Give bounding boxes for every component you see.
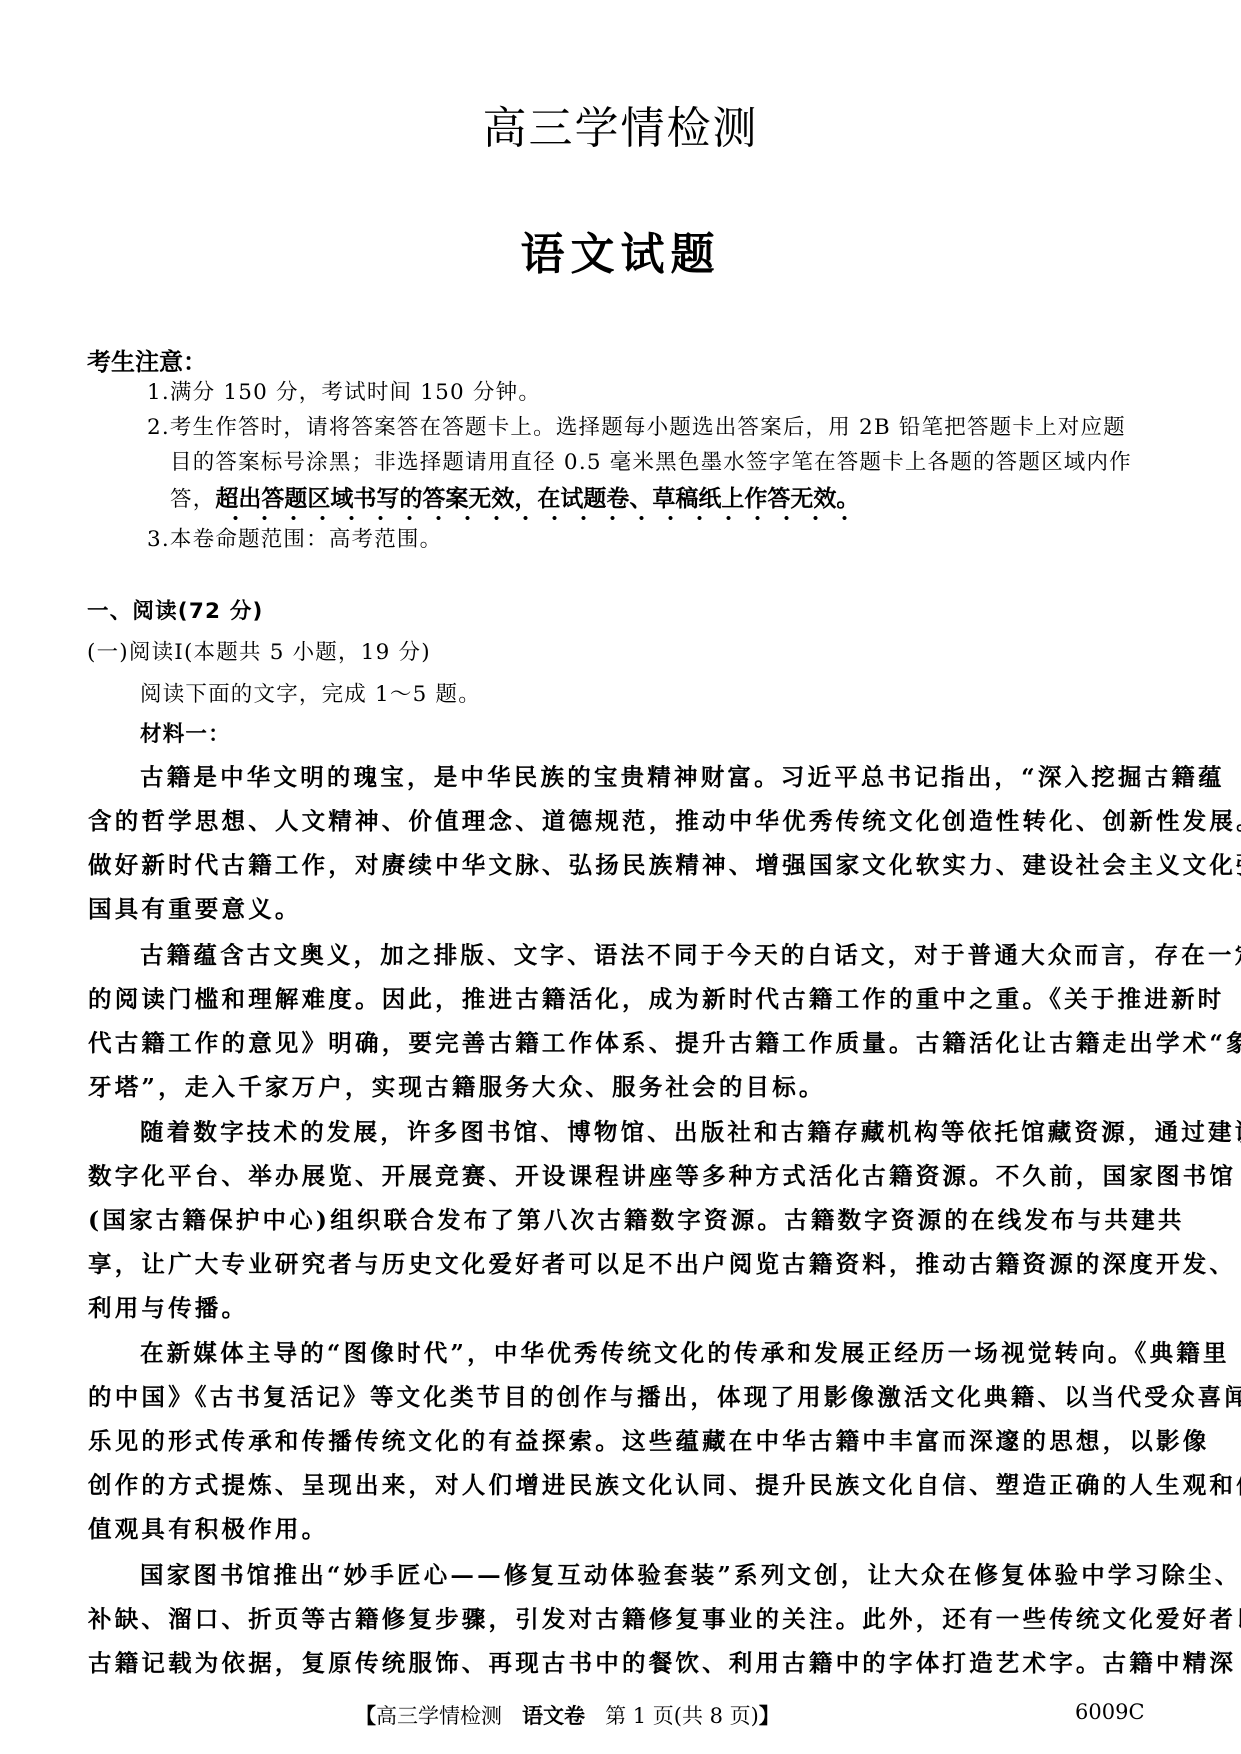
notice-item-2-line-3: 答，超出答题区域书写的答案无效，在试题卷、草稿纸上作答无效。 (170, 484, 859, 515)
passage-line: 做好新时代古籍工作，对赓续中华文脉、弘扬民族精神、增强国家文化软实力、建设社会主… (88, 850, 1153, 880)
exam-title: 高三学情检测 (0, 92, 1241, 156)
passage-line: 的阅读门槛和理解难度。因此，推进古籍活化，成为新时代古籍工作的重中之重。《关于推… (88, 984, 1153, 1014)
passage-line: 古籍是中华文明的瑰宝，是中华民族的宝贵精神财富。习近平总书记指出，“深入挖掘古籍… (140, 762, 1205, 792)
notice-item-2-prefix: 答， (170, 487, 215, 512)
notice-item-3: 3.本卷命题范围：高考范围。 (147, 525, 442, 555)
footer-bracket-open: 【 (355, 1704, 376, 1728)
passage-line: 国具有重要意义。 (88, 894, 1153, 924)
passage-line: 乐见的形式传承和传播传统文化的有益探索。这些蕴藏在中华古籍中丰富而深邃的思想，以… (88, 1426, 1153, 1456)
footer-exam-name: 高三学情检测 (376, 1704, 502, 1728)
footer-bracket-close: 】 (759, 1704, 780, 1728)
passage-line: 在新媒体主导的“图像时代”，中华优秀传统文化的传承和发展正经历一场视觉转向。《典… (140, 1338, 1205, 1368)
passage-line: 古籍记载为依据，复原传统服饰、再现古书中的餐饮、利用古籍中的字体打造艺术字。古籍… (88, 1648, 1153, 1678)
section-heading: 一、阅读(72 分) (87, 597, 264, 627)
notice-emphasis: 超出答题区域书写的答案无效，在试题卷、草稿纸上作答无效。 (215, 486, 859, 522)
notice-item-2-line-2: 目的答案标号涂黑；非选择题请用直径 0.5 毫米黑色墨水签字笔在答题卡上各题的答… (170, 448, 1132, 478)
passage-line: 数字化平台、举办展览、开展竞赛、开设课程讲座等多种方式活化古籍资源。不久前，国家… (88, 1161, 1153, 1191)
passage-line: 补缺、溜口、折页等古籍修复步骤，引发对古籍修复事业的关注。此外，还有一些传统文化… (88, 1604, 1153, 1634)
exam-page: 高三学情检测 语文试题 考生注意： 1.满分 150 分，考试时间 150 分钟… (0, 0, 1241, 1754)
section-instruction: 阅读下面的文字，完成 1～5 题。 (140, 680, 481, 710)
passage-line: 代古籍工作的意见》明确，要完善古籍工作体系、提升古籍工作质量。古籍活化让古籍走出… (88, 1028, 1153, 1058)
footer-paper-name: 语文卷 (522, 1704, 585, 1728)
passage-line: 随着数字技术的发展，许多图书馆、博物馆、出版社和古籍存藏机构等依托馆藏资源，通过… (140, 1117, 1205, 1147)
paper-code: 6009C (1075, 1700, 1145, 1724)
passage-line: 含的哲学思想、人文精神、价值理念、道德规范，推动中华优秀传统文化创造性转化、创新… (88, 806, 1153, 836)
passage-line: 牙塔”，走入千家万户，实现古籍服务大众、服务社会的目标。 (88, 1072, 1153, 1102)
page-footer: 【高三学情检测 语文卷 第 1 页(共 8 页)】 (355, 1700, 780, 1730)
material-label: 材料一： (140, 720, 231, 750)
notice-heading: 考生注意： (87, 342, 207, 377)
subject-title: 语文试题 (0, 218, 1241, 282)
passage-line: (国家古籍保护中心)组织联合发布了第八次古籍数字资源。古籍数字资源的在线发布与共… (88, 1205, 1153, 1235)
passage-line: 值观具有积极作用。 (88, 1514, 1153, 1544)
passage-line: 的中国》《古书复活记》等文化类节目的创作与播出，体现了用影像激活文化典籍、以当代… (88, 1382, 1153, 1412)
notice-item-1: 1.满分 150 分，考试时间 150 分钟。 (147, 378, 541, 408)
passage-line: 古籍蕴含古文奥义，加之排版、文字、语法不同于今天的白话文，对于普通大众而言，存在… (140, 940, 1205, 970)
footer-page-info: 第 1 页(共 8 页) (605, 1704, 759, 1728)
notice-item-2-line-1: 2.考生作答时，请将答案答在答题卡上。选择题每小题选出答案后，用 2B 铅笔把答… (147, 413, 1126, 443)
section-subheading: (一)阅读Ⅰ(本题共 5 小题，19 分) (87, 638, 431, 668)
passage-line: 国家图书馆推出“妙手匠心——修复互动体验套装”系列文创，让大众在修复体验中学习除… (140, 1560, 1205, 1590)
passage-line: 创作的方式提炼、呈现出来，对人们增进民族文化认同、提升民族文化自信、塑造正确的人… (88, 1470, 1153, 1500)
passage-line: 利用与传播。 (88, 1293, 1153, 1323)
passage-line: 享，让广大专业研究者与历史文化爱好者可以足不出户阅览古籍资料，推动古籍资源的深度… (88, 1249, 1153, 1279)
